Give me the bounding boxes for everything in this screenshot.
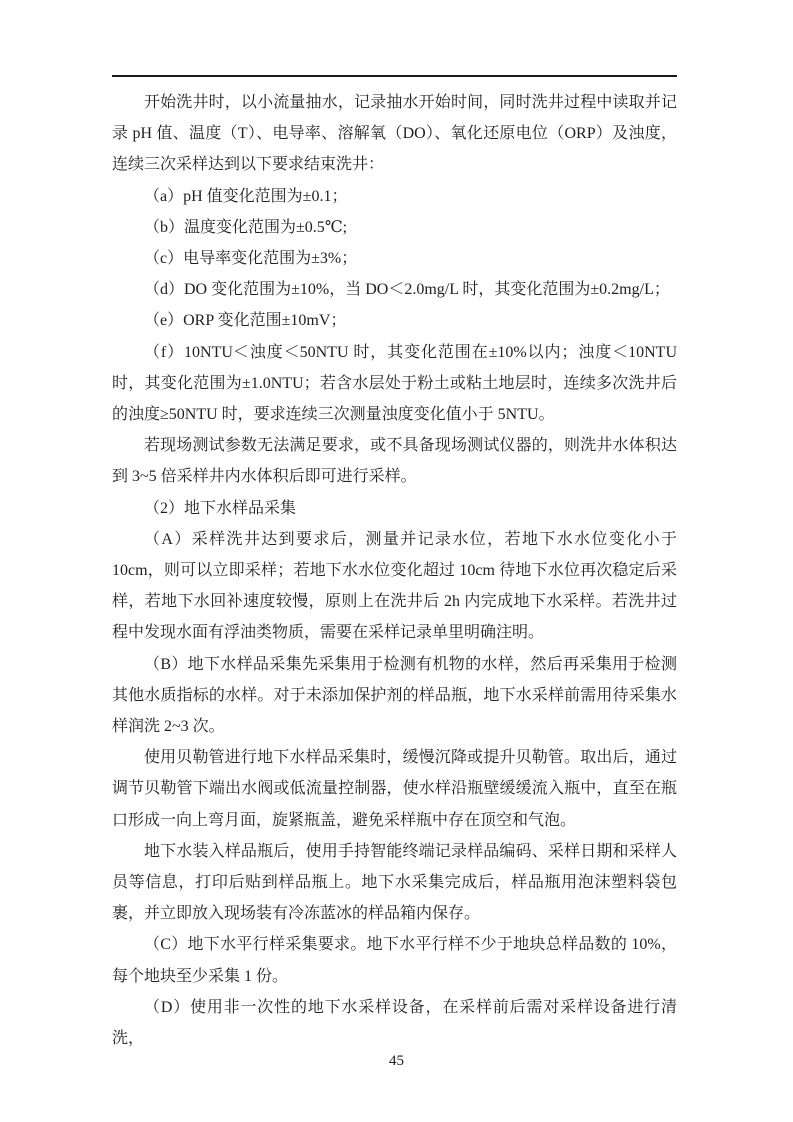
- paragraph: （b）温度变化范围为±0.5℃;: [112, 212, 677, 243]
- header-rule: [112, 75, 677, 77]
- paragraph: （e）ORP 变化范围±10mV；: [112, 305, 677, 336]
- paragraph: （A）采样洗井达到要求后，测量并记录水位，若地下水水位变化小于 10cm，则可以…: [112, 524, 677, 649]
- paragraph: （2）地下水样品采集: [112, 493, 677, 524]
- paragraph: 地下水装入样品瓶后，使用手持智能终端记录样品编码、采样日期和采样人员等信息，打印…: [112, 836, 677, 930]
- paragraph: （c）电导率变化范围为±3%；: [112, 243, 677, 274]
- paragraph: （C）地下水平行样采集要求。地下水平行样不少于地块总样品数的 10%，每个地块至…: [112, 929, 677, 991]
- paragraph: （D）使用非一次性的地下水采样设备，在采样前后需对采样设备进行清洗，: [112, 992, 677, 1054]
- paragraph: 使用贝勒管进行地下水样品采集时，缓慢沉降或提升贝勒管。取出后，通过调节贝勒管下端…: [112, 742, 677, 836]
- document-body: 开始洗井时，以小流量抽水，记录抽水开始时间，同时洗井过程中读取并记录 pH 值、…: [112, 87, 677, 1054]
- paragraph: 若现场测试参数无法满足要求，或不具备现场测试仪器的，则洗井水体积达到 3~5 倍…: [112, 430, 677, 492]
- document-page: 开始洗井时，以小流量抽水，记录抽水开始时间，同时洗井过程中读取并记录 pH 值、…: [0, 0, 793, 1122]
- paragraph: 开始洗井时，以小流量抽水，记录抽水开始时间，同时洗井过程中读取并记录 pH 值、…: [112, 87, 677, 181]
- paragraph: （f）10NTU＜浊度＜50NTU 时，其变化范围在±10%以内；浊度＜10NT…: [112, 337, 677, 431]
- paragraph: （a）pH 值变化范围为±0.1；: [112, 181, 677, 212]
- paragraph: （d）DO 变化范围为±10%，当 DO＜2.0mg/L 时，其变化范围为±0.…: [112, 274, 677, 305]
- page-number: 45: [0, 1053, 793, 1070]
- paragraph: （B）地下水样品采集先采集用于检测有机物的水样，然后再采集用于检测其他水质指标的…: [112, 649, 677, 743]
